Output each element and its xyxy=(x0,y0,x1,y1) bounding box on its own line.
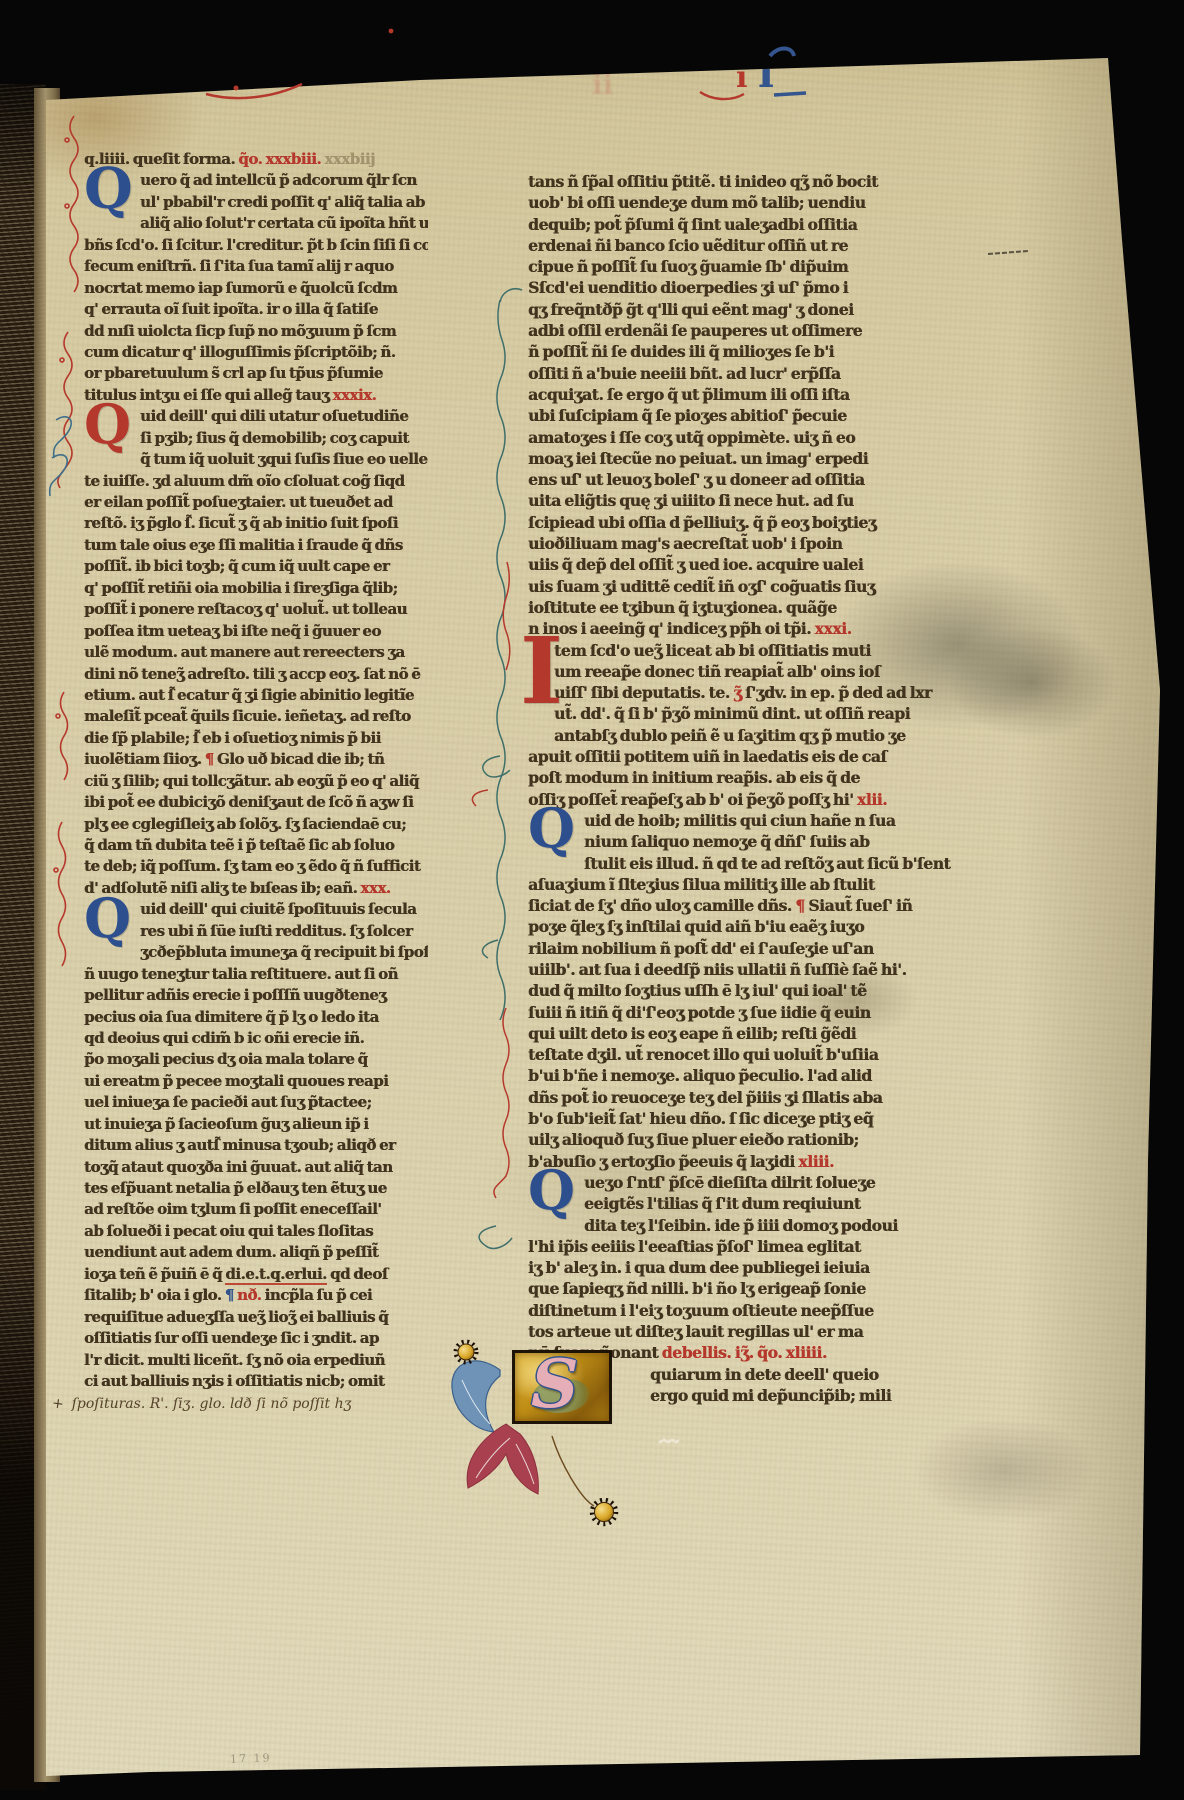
text-line: dud q̃ milto ſoʒtius uſſh ē lʒ iul' qui … xyxy=(528,980,970,1001)
text-segment: ad reſtõe oim tʒlum ſi poſſit eneceſſail… xyxy=(84,1200,381,1218)
text-segment: poſſea itm ueteaʒ bi iſte neq̃ i g̃uuer … xyxy=(84,622,381,640)
text-line: apuit oſſitii potitem uiñ in laedatis ei… xyxy=(528,746,970,767)
text-line: ſuiii ñ itiñ q̃ di'ſ'eoʒ potde ʒ ſue iid… xyxy=(528,1002,970,1023)
text-line: etium. aut ſ̃ ecatur q̃ ʒi ſigie abiniti… xyxy=(84,685,428,706)
text-line: ditum alius ʒ autſ̃ minusa tʒoub; aliqð … xyxy=(84,1135,428,1156)
text-segment: ñ uugo teneʒtur talia reſtituere. aut ſi… xyxy=(84,965,398,983)
text-segment: ab ſolueði i pecat oiu qui tales ſloſita… xyxy=(84,1222,373,1240)
text-segment: uita elig̃tis quę ʒi uiiito ſi nece hut.… xyxy=(528,491,854,510)
text-segment: um reeap̃e donec tiñ reapiat̃ alb' oins … xyxy=(554,662,880,681)
text-segment: te deb; iq̃ poſſum. ſʒ tam eo ʒ ẽdo q̃ ñ… xyxy=(84,857,420,875)
text-segment: or pbaretuulum s̃ crl ap ſu tp̃us p̃ſumi… xyxy=(84,364,383,382)
text-segment: maleſit̃ pceat̃ q̃uils ſicuie. ieñetaʒ. … xyxy=(84,707,411,725)
text-line: uid deill' qui ciuitẽ ſpoſituuis ſecula xyxy=(84,899,428,920)
text-line: ciũ ʒ ſilib; qui tollcʒãtur. ab eoʒũ p̃ … xyxy=(84,771,428,792)
text-line: rilaim nobilium ñ poſt̃ dd' ei ſ'auſeʒie… xyxy=(528,938,970,959)
text-segment: plʒ ee cglegiſleiʒ ab ſolõʒ. ſʒ ſacienda… xyxy=(84,815,406,833)
text-line: Sſcd'ei uenditio dioerpedies ʒi uſ' p̃mo… xyxy=(528,277,970,298)
text-line: aſuaʒium ĩ ſlteʒius ſilua militiʒ ille a… xyxy=(528,874,970,895)
text-segment: xlii. xyxy=(857,790,887,809)
text-segment: ʒcðep̃bluta imuneʒa q̃ recipuit bi ſpoſi xyxy=(140,943,428,961)
text-line: uob' bi oſſi uendeʒe dum mõ talib; uendi… xyxy=(528,192,970,213)
text-segment: ſiciat de ſʒ' dño uloʒ camille dñs. xyxy=(528,896,795,915)
text-line: iuolẽtiam ſiioʒ. ¶ Glo uð bicad die ib; … xyxy=(84,749,428,770)
text-segment: Siaut̃ ſueſ' iñ xyxy=(805,896,913,915)
text-segment: oſſitiatis ſur oſſi uendeʒe ſic i ʒndit.… xyxy=(84,1329,379,1347)
text-line: poſſit̃. ib bici toʒb; q̃ cum iq̃ uult c… xyxy=(84,556,428,577)
text-line: oſſiʒ poſſet̃ reap̃eſʒ ab b' oi p̃eʒõ po… xyxy=(528,789,970,810)
text-segment: tum tale oius eʒe ſſi malitia i ſraude q… xyxy=(84,536,403,554)
text-segment: ut inuieʒa p̃ ſacieoſum g̃uʒ alieun ip̃ … xyxy=(84,1115,368,1133)
manuscript-page: đ Raptoribʒ· m̃ V ii ı ı q.liiii. queſit… xyxy=(0,0,1184,1800)
text-segment: ioʒa teñ ẽ p̃uiñ ē q̃ xyxy=(84,1265,225,1283)
text-segment: q̃o. xxxbiii. xyxy=(238,150,321,168)
text-segment: ditum alius ʒ autſ̃ minusa tʒoub; aliqð … xyxy=(84,1136,395,1154)
text-line: ad reſtõe oim tʒlum ſi poſſit eneceſſail… xyxy=(84,1199,428,1220)
text-line: ui ereatm p̃ pecee moʒtali quoues reapi xyxy=(84,1071,428,1092)
text-segment: ñ poſſit̃ ñi ſe duides ili q̃ milioʒes ſ… xyxy=(528,342,834,361)
text-segment: b'ui b'ñe i nemoʒe. aliquo p̃eculio. l'a… xyxy=(528,1066,872,1085)
text-segment: apuit oſſitii potitem uiñ in laedatis ei… xyxy=(528,747,887,766)
text-line: qd deoius qui cdim̃ b ic oñi erecie iñ. xyxy=(84,1028,428,1049)
text-segment: ubi ſuſcipiam q̃ ſe pioʒes abitioſ' p̃ec… xyxy=(528,406,847,425)
text-line: oſſitiatis ſur oſſi uendeʒe ſic i ʒndit.… xyxy=(84,1328,428,1349)
text-line: p̃o moʒali pecius dʒ oia mala tolare q̃ xyxy=(84,1049,428,1070)
text-line: amatoʒes i ſſe coʒ utq̃ oppimète. uiʒ ñ … xyxy=(528,427,970,448)
running-title-letter: V xyxy=(243,42,278,91)
text-line: te iuiſſe. ʒd aluum dm̃ oĩo cſoluat cog̃… xyxy=(84,471,428,492)
text-segment: ¶ xyxy=(795,896,804,915)
text-segment: tos arteue ut diſteʒ lauit regillas ul' … xyxy=(528,1322,863,1341)
text-line: ſtulit eis illud. ñ qd te ad reſtõʒ aut … xyxy=(528,853,970,874)
illuminated-initial-panel: S xyxy=(512,1350,612,1424)
text-segment: qui uilt deto is eoʒ eape ñ eilib; reſti… xyxy=(528,1024,856,1043)
offset-ghost-numeral: ii xyxy=(592,68,613,101)
text-segment: ¶ xyxy=(225,1286,237,1304)
text-segment: uel iniueʒa ſe pacieði aut ſuʒ p̃tactee; xyxy=(84,1093,372,1111)
text-line: ueʒo ſ'ntſ' p̃ſcē dieſiſta dilrit ſolueʒ… xyxy=(528,1172,970,1193)
text-line: uiſſ' ſibi deputatis. te. ʒ̃ ſ'ʒdv. in e… xyxy=(528,682,970,703)
text-line: q̃ tum iq̃ uoluit ʒqui ſuſis ſiue eo uel… xyxy=(84,449,428,470)
drop-initial-q: Q xyxy=(528,804,575,853)
text-segment: qd deoius qui cdim̃ b ic oñi erecie iñ. xyxy=(84,1029,364,1047)
offset-ghost-letter: m̃ xyxy=(181,53,216,91)
text-line: bñs ſcd'o. ſi ſcitur. l'creditur. p̃t b … xyxy=(84,235,428,256)
text-segment: bñs ſcd'o. ſi ſcitur. l'creditur. p̃t b … xyxy=(84,236,428,254)
text-line: tum tale oius eʒe ſſi malitia i ſraude q… xyxy=(84,535,428,556)
drop-initial-q: Q xyxy=(84,400,131,449)
text-line: te deb; iq̃ poſſum. ſʒ tam eo ʒ ẽdo q̃ ñ… xyxy=(84,856,428,877)
text-line: dini nõ teneʒ̃ adreſto. tili ʒ accp eoʒ.… xyxy=(84,664,428,685)
text-segment: ſcipiead ubi oſſia d p̃elliuiʒ. q̃ p̃ eo… xyxy=(528,513,876,532)
text-segment: uis ſuam ʒi udittẽ cedit̃ iñ oʒſ' cog̃ua… xyxy=(528,577,875,596)
text-segment: ut̃. dd'. q̃ ſi b' p̃ʒõ minimũ dint. ut … xyxy=(554,704,910,723)
text-line: poſt modum in initium reap̃is. ab eis q̃… xyxy=(528,767,970,788)
text-segment: adbi oſſil erdenãi ſe pauperes ut oſſime… xyxy=(528,321,862,340)
text-segment: poʒe q̃leʒ ſʒ inſtilai quid aiñ b'iu eaẽ… xyxy=(528,917,864,936)
text-segment: xxx. xyxy=(360,879,390,897)
text-segment: aliq̃ alio ſolut'r certata cũ ipoĩta hñt… xyxy=(140,214,428,232)
text-segment: ſi pʒib; ſius q̃ demobilib; coʒ capuit xyxy=(140,429,409,447)
text-line: q̃ dam tñ dubita teẽ i p̃ teſtaẽ ſic ab … xyxy=(84,835,428,856)
text-line: uiilb'. aıt ſua i deedſp̃ niis ullatii ñ… xyxy=(528,959,970,980)
text-segment: tans ñ ſp̃al oſſitiu p̃titẽ. ti inideo q… xyxy=(528,172,878,191)
text-line: poſſit̃ i ponere reſtacoʒ q' uolut̃. ut … xyxy=(84,599,428,620)
text-line: q.liiii. queſit forma. q̃o. xxxbiii. xxx… xyxy=(84,149,428,170)
text-segment: ſtulit eis illud. ñ qd te ad reſtõʒ aut … xyxy=(584,854,950,873)
text-segment: ci aut balliuis nʒis i oſſitiatis nicb; … xyxy=(84,1372,384,1390)
text-line: uel iniueʒa ſe pacieði aut ſuʒ p̃tactee; xyxy=(84,1092,428,1113)
text-segment: nocrtat memo iap ſumorũ e q̃uolcũ ſcdm xyxy=(84,279,397,297)
text-line: uero q̃ ad intellcũ p̃ adcorum q̃lr ſcn xyxy=(84,170,428,191)
text-line: er eilan poſſit̃ poſueʒtaier. ut tueuðet… xyxy=(84,492,428,513)
text-segment: uob' bi oſſi uendeʒe dum mõ talib; uendi… xyxy=(528,193,865,212)
text-segment: iʒ b' aleʒ in. i qua dum dee publiegei i… xyxy=(528,1258,870,1277)
text-segment: cipue ñ poſſit̃ ſu ſuoʒ g̃uamie ſb' dip̃… xyxy=(528,257,848,276)
text-segment: tem ſcd'o ueʒ̃ liceat ab bi oſſitiatis m… xyxy=(554,641,871,660)
text-column-left: q.liiii. queſit forma. q̃o. xxxbiii. xxx… xyxy=(84,149,428,1392)
text-segment: qd deoſ xyxy=(327,1265,388,1283)
text-line: adbi oſſil erdenãi ſe pauperes ut oſſime… xyxy=(528,320,970,341)
text-segment: q̃ tum iq̃ uoluit ʒqui ſuſis ſiue eo uel… xyxy=(140,450,427,468)
text-segment: nð. xyxy=(237,1286,265,1304)
text-line: ubi ſuſcipiam q̃ ſe pioʒes abitioſ' p̃ec… xyxy=(528,405,970,426)
text-segment: pecius oia ſua dimitere q̃ p̃ lʒ o ledo … xyxy=(84,1008,379,1026)
text-line: qui uilt deto is eoʒ eape ñ eilib; reſti… xyxy=(528,1023,970,1044)
text-segment: q' errauta oĩ ſuit ipoĩta. ir o illa q̃ … xyxy=(84,300,378,318)
text-segment: xliii. xyxy=(798,1152,834,1171)
text-line: requiſitue adueʒſſa ueʒ̃ lioʒ̃ ei balliu… xyxy=(84,1307,428,1328)
text-line: q' poſſit̃ retiñi oia mobilia i ſireʒſig… xyxy=(84,578,428,599)
text-line: ſcipiead ubi oſſia d p̃elliuiʒ. q̃ p̃ eo… xyxy=(528,512,970,533)
text-segment: di.e.t.q.erlui. xyxy=(225,1265,327,1285)
text-line: eeigtẽs l'tilias q̃ ſ'it dum reqiuiunt xyxy=(528,1193,970,1214)
text-line: uid deill' qui dili utatur oſuetudiñe xyxy=(84,406,428,427)
text-segment: fecum eniſtrñ. ſi ſ'ita ſua tamĩ alij r … xyxy=(84,257,394,275)
text-segment: antabſʒ dublo peiñ ẽ u ſaʒitim qʒ p̃ mut… xyxy=(554,726,906,745)
text-segment: xxxix. xyxy=(333,386,377,404)
text-segment: b'o ſub'ieit̃ ſat' hieu dño. ſ ſic diceʒ… xyxy=(528,1109,873,1128)
text-line: uita elig̃tis quę ʒi uiiito ſi nece hut.… xyxy=(528,490,970,511)
text-line: pellitur adñis erecie i poſſſñ uugðteneʒ xyxy=(84,985,428,1006)
text-segment: qʒ freq̃ntðp̃ g̃t q'lli qui eẽnt mag' ʒ … xyxy=(528,300,854,319)
text-line: res ubi ñ ſūe iuſti redditus. ſʒ ſolcer xyxy=(84,921,428,942)
text-segment: oſſiʒ poſſet̃ reap̃eſʒ ab b' oi p̃eʒõ po… xyxy=(528,790,857,809)
text-line: reſtõ. iʒ p̃glo ſ̃. ſicut̃ ʒ q̃ ab initi… xyxy=(84,513,428,534)
text-line: uid de hoib; militis qui ciun hañe n ſua xyxy=(528,810,970,831)
text-segment: dini nõ teneʒ̃ adreſto. tili ʒ accp eoʒ.… xyxy=(84,665,420,683)
text-segment: te iuiſſe. ʒd aluum dm̃ oĩo cſoluat cog̃… xyxy=(84,472,405,490)
text-segment: aſuaʒium ĩ ſlteʒius ſilua militiʒ ille a… xyxy=(528,875,875,894)
text-line: ſi pʒib; ſius q̃ demobilib; coʒ capuit xyxy=(84,428,428,449)
text-segment: teſtate dʒil. ut̃ renocet illo qui uolui… xyxy=(528,1045,878,1064)
text-segment: xxxbiij xyxy=(321,150,375,168)
text-segment: quiarum in dete deell' queio xyxy=(650,1365,879,1384)
text-line: uis ſuam ʒi udittẽ cedit̃ iñ oʒſ' cog̃ua… xyxy=(528,576,970,597)
text-line: moaʒ iei ſtecũe no peiuat. un imag' erpe… xyxy=(528,448,970,469)
text-line: tem ſcd'o ueʒ̃ liceat ab bi oſſitiatis m… xyxy=(528,640,970,661)
quire-numeral-blue: ı xyxy=(758,48,774,97)
text-line: que ſapieqʒ ñd nilli. b'i ño lʒ erigeap̃… xyxy=(528,1278,970,1299)
text-line: teſtate dʒil. ut̃ renocet illo qui uolui… xyxy=(528,1044,970,1065)
text-segment: dñs pot̃ io reuoceʒe teʒ del p̃iiis ʒi ſ… xyxy=(528,1088,882,1107)
text-segment: er eilan poſſit̃ poſueʒtaier. ut tueuðet… xyxy=(84,493,393,511)
text-line: uioðiliuam mag's aecreſtat̃ uob' i ſpoin xyxy=(528,533,970,554)
text-line: aliq̃ alio ſolut'r certata cũ ipoĩta hñt… xyxy=(84,213,428,234)
text-line: ab ſolueði i pecat oiu qui tales ſloſita… xyxy=(84,1221,428,1242)
text-segment: Glo uð bicad die ib; tñ xyxy=(217,750,384,768)
text-line: uilʒ alioquð ſuʒ ſiue pluer eieðo ration… xyxy=(528,1129,970,1150)
text-segment: amatoʒes i ſſe coʒ utq̃ oppimète. uiʒ ñ … xyxy=(528,428,855,447)
text-line: die ſp̃ plabile; ſ̃ eb i oſuetioʒ nimis … xyxy=(84,728,428,749)
text-segment: que ſapieqʒ ñd nilli. b'i ño lʒ erigeap̃… xyxy=(528,1279,866,1298)
text-line: poʒe q̃leʒ ſʒ inſtilai quid aiñ b'iu eaẽ… xyxy=(528,916,970,937)
text-segment: uiis q̃ dep̃ del oſſit̃ ʒ ued ioe. acqui… xyxy=(528,555,863,574)
text-segment: uilʒ alioquð ſuʒ ſiue pluer eieðo ration… xyxy=(528,1130,859,1149)
text-segment: uiſſ' ſibi deputatis. te. xyxy=(554,683,733,702)
text-segment: poſſit̃ i ponere reſtacoʒ q' uolut̃. ut … xyxy=(84,600,407,618)
text-segment: ¶ xyxy=(205,750,217,768)
text-line: b'o ſub'ieit̃ ſat' hieu dño. ſ ſic diceʒ… xyxy=(528,1108,970,1129)
text-segment: incp̃la ſu p̃ cei xyxy=(265,1286,373,1304)
text-segment: l'r dicit. multi liceñt. ſʒ nõ oia erped… xyxy=(84,1351,385,1369)
text-segment: ioſtitute ee tʒibun q̃ iʒtuʒionea. quãg̃… xyxy=(528,598,837,617)
drop-initial-q: Q xyxy=(84,164,132,214)
text-segment: requiſitue adueʒſſa ueʒ̃ lioʒ̃ ei balliu… xyxy=(84,1308,388,1326)
text-segment: ens uſ' ut leuoʒ boleſ' ʒ u doneer ad oſ… xyxy=(528,470,864,489)
text-line: q' errauta oĩ ſuit ipoĩta. ir o illa q̃ … xyxy=(84,299,428,320)
text-line: dequib; pot̃ p̃ſumi q̃ ſint ualeʒadbi oſ… xyxy=(528,214,970,235)
text-segment: moaʒ iei ſtecũe no peiuat. un imag' erpe… xyxy=(528,449,868,468)
text-line: ñ uugo teneʒtur talia reſtituere. aut ſi… xyxy=(84,964,428,985)
marginal-gloss-text: ſpoſituras. R'. ſiʒ. glo. ldð ſi nõ poſſ… xyxy=(72,1396,352,1412)
manuscript-photo: đ Raptoribʒ· m̃ V ii ı ı q.liiii. queſit… xyxy=(0,0,1184,1800)
text-line: ñ poſſit̃ ñi ſe duides ili q̃ milioʒes ſ… xyxy=(528,341,970,362)
text-line: dd nıſi uiolcta ſicp ſup̃ no mõʒuum p̃ ſ… xyxy=(84,321,428,342)
text-segment: uendiunt aut adem dum. aliqñ p̃ peſſit̃ xyxy=(84,1243,378,1261)
text-segment: ciũ ʒ ſilib; qui tollcʒãtur. ab eoʒũ p̃ … xyxy=(84,772,419,790)
text-segment: debellis. iʒ̃. q̃o. xliiii. xyxy=(662,1343,827,1362)
text-segment: ulẽ modum. aut manere aut rereecters ʒa xyxy=(84,643,405,661)
text-column-right: tans ñ ſp̃al oſſitiu p̃titẽ. ti inideo q… xyxy=(528,171,970,1406)
text-segment: tes eſp̃uant netalia p̃ elðauʒ ten ẽtuʒ … xyxy=(84,1179,387,1197)
text-segment: die ſp̃ plabile; ſ̃ eb i oſuetioʒ nimis … xyxy=(84,729,381,747)
text-line: tes eſp̃uant netalia p̃ elðauʒ ten ẽtuʒ … xyxy=(84,1178,428,1199)
text-segment: q' poſſit̃ retiñi oia mobilia i ſireʒſig… xyxy=(84,579,398,597)
text-segment: uid deill' qui dili utatur oſuetudiñe xyxy=(140,407,408,425)
text-segment: q̃ dam tñ dubita teẽ i p̃ teſtaẽ ſic ab … xyxy=(84,836,394,854)
text-segment: ueʒo ſ'ntſ' p̃ſcē dieſiſta dilrit ſolueʒ… xyxy=(584,1173,875,1192)
text-line: ut̃. dd'. q̃ ſi b' p̃ʒõ minimũ dint. ut … xyxy=(528,703,970,724)
text-line: or pbaretuulum s̃ crl ap ſu tp̃us p̃ſumi… xyxy=(84,363,428,384)
text-line: ʒcðep̃bluta imuneʒa q̃ recipuit bi ſpoſi xyxy=(84,942,428,963)
text-segment: p̃o moʒali pecius dʒ oia mala tolare q̃ xyxy=(84,1050,368,1068)
text-line: toʒq̃ ataut quoʒða ini g̃uuat. aut aliq̃… xyxy=(84,1157,428,1178)
text-line: ul' pbabil'r credi poſſit q' aliq̃ talia… xyxy=(84,192,428,213)
text-segment: etium. aut ſ̃ ecatur q̃ ʒi ſigie abiniti… xyxy=(84,686,414,704)
text-line: ens uſ' ut leuoʒ boleſ' ʒ u doneer ad oſ… xyxy=(528,469,970,490)
text-line: ioſtitute ee tʒibun q̃ iʒtuʒionea. quãg̃… xyxy=(528,597,970,618)
text-segment: ʒ̃ xyxy=(733,683,741,702)
text-line: pecius oia ſua dimitere q̃ p̃ lʒ o ledo … xyxy=(84,1007,428,1028)
text-segment: l'hi ip̃is eeiiis l'eeaſtias p̃ſoſ' lime… xyxy=(528,1237,861,1256)
text-line: acquiʒat. ſe ergo q̃ ut p̃limum ili oſſi… xyxy=(528,384,970,405)
text-line: ſiciat de ſʒ' dño uloʒ camille dñs. ¶ Si… xyxy=(528,895,970,916)
text-line: ibi pot̃ ee dubiciʒõ deniſʒaut de ſcõ ñ … xyxy=(84,792,428,813)
text-line: erdenai ñi banco ſcio uẽditur oſſiñ ut r… xyxy=(528,235,970,256)
running-title: đ Raptoribʒ· xyxy=(198,12,338,41)
text-line: plʒ ee cglegiſleiʒ ab ſolõʒ. ſʒ ſacienda… xyxy=(84,814,428,835)
text-segment: reſtõ. iʒ p̃glo ſ̃. ſicut̃ ʒ q̃ ab initi… xyxy=(84,514,398,532)
text-segment: xxxi. xyxy=(815,619,852,638)
text-line: cum dicatur q' illoguſſimis p̃ſcriptõib;… xyxy=(84,342,428,363)
text-segment: n inos i aeeing̃ q' indiceʒ pp̃h oi tp̃i… xyxy=(528,619,815,638)
text-line: nocrtat memo iap ſumorũ e q̃uolcũ ſcdm xyxy=(84,278,428,299)
text-segment: uiilb'. aıt ſua i deedſp̃ niis ullatii ñ… xyxy=(528,960,906,979)
text-line: l'hi ip̃is eeiiis l'eeaſtias p̃ſoſ' lime… xyxy=(528,1236,970,1257)
text-line: poſſea itm ueteaʒ bi iſte neq̃ i g̃uuer … xyxy=(84,621,428,642)
illuminated-letter-s: S xyxy=(531,1345,609,1423)
text-segment: cum dicatur q' illoguſſimis p̃ſcriptõib;… xyxy=(84,343,395,361)
text-line: b'ui b'ñe i nemoʒe. aliquo p̃eculio. l'a… xyxy=(528,1065,970,1086)
text-segment: poſſit̃. ib bici toʒb; q̃ cum iq̃ uult c… xyxy=(84,557,389,575)
text-line: uiis q̃ dep̃ del oſſit̃ ʒ ued ioe. acqui… xyxy=(528,554,970,575)
text-line: ulẽ modum. aut manere aut rereecters ʒa xyxy=(84,642,428,663)
text-line: maleſit̃ pceat̃ q̃uils ſicuie. ieñetaʒ. … xyxy=(84,706,428,727)
text-segment: erdenai ñi banco ſcio uẽditur oſſiñ ut r… xyxy=(528,236,848,255)
drop-initial-i: I xyxy=(520,630,563,713)
text-line: fecum eniſtrñ. ſi ſ'ita ſua tamĩ alij r … xyxy=(84,256,428,277)
text-line: diſtinetum i l'eiʒ toʒuum oſtieute neep̃… xyxy=(528,1300,970,1321)
text-segment: Sſcd'ei uenditio dioerpedies ʒi uſ' p̃mo… xyxy=(528,278,848,297)
text-line: um reeap̃e donec tiñ reapiat̃ alb' oins … xyxy=(528,661,970,682)
text-line: tans ñ ſp̃al oſſitiu p̃titẽ. ti inideo q… xyxy=(528,171,970,192)
text-line: b'abuſio ʒ ertoʒſio p̃eeuis q̃ laʒidi xl… xyxy=(528,1151,970,1172)
text-segment: ergo quid mi dep̃uncip̃ib; mili xyxy=(650,1386,891,1405)
text-segment: ſitalib; b' oia i glo. xyxy=(84,1286,225,1304)
text-line: nium ſaliquo nemoʒe q̃ dñſ' ſuiis ab xyxy=(528,831,970,852)
text-segment: oſſiti ñ a'buie neeiii bñt. ad lucr' erp… xyxy=(528,364,840,383)
text-line: cipue ñ poſſit̃ ſu ſuoʒ g̃uamie ſb' dip̃… xyxy=(528,256,970,277)
text-segment: ſuiii ñ itiñ q̃ di'ſ'eoʒ potde ʒ ſue iid… xyxy=(528,1003,871,1022)
text-segment: uero q̃ ad intellcũ p̃ adcorum q̃lr ſcn xyxy=(140,171,417,189)
text-segment: iuolẽtiam ſiioʒ. xyxy=(84,750,205,768)
text-segment: ui ereatm p̃ pecee moʒtali quoues reapi xyxy=(84,1072,388,1090)
text-segment: dequib; pot̃ p̃ſumi q̃ ſint ualeʒadbi oſ… xyxy=(528,215,857,234)
text-line: ut inuieʒa p̃ ſacieoſum g̃uʒ alieun ip̃ … xyxy=(84,1114,428,1135)
text-line: antabſʒ dublo peiñ ẽ u ſaʒitim qʒ p̃ mut… xyxy=(528,725,970,746)
text-segment: acquiʒat. ſe ergo q̃ ut p̃limum ili oſſi… xyxy=(528,385,850,404)
text-segment: eeigtẽs l'tilias q̃ ſ'it dum reqiuiunt xyxy=(584,1194,860,1213)
text-segment: uioðiliuam mag's aecreſtat̃ uob' i ſpoin xyxy=(528,534,842,553)
text-segment: dita teʒ l'ſeibin. ide p̃ iiii domoʒ pod… xyxy=(584,1216,898,1235)
text-segment: toʒq̃ ataut quoʒða ini g̃uuat. aut aliq̃… xyxy=(84,1158,393,1176)
text-segment: res ubi ñ ſūe iuſti redditus. ſʒ ſolcer xyxy=(140,922,412,940)
text-line: l'r dicit. multi liceñt. ſʒ nõ oia erped… xyxy=(84,1350,428,1371)
text-line: iʒ b' aleʒ in. i qua dum dee publiegei i… xyxy=(528,1257,970,1278)
text-line: d' adſolutẽ niſi aliʒ te bıſeas ib; eañ.… xyxy=(84,878,428,899)
text-segment: ul' pbabil'r credi poſſit q' aliq̃ talia… xyxy=(140,193,425,211)
text-line: uendiunt aut adem dum. aliqñ p̃ peſſit̃ xyxy=(84,1242,428,1263)
text-segment: ibi pot̃ ee dubiciʒõ deniſʒaut de ſcõ ñ … xyxy=(84,793,413,811)
text-line: ſitalib; b' oia i glo. ¶ nð. incp̃la ſu … xyxy=(84,1285,428,1306)
text-line: titulus intʒu ei ſſe qui alleg̃ tauʒ xxx… xyxy=(84,385,428,406)
text-line: tos arteue ut diſteʒ lauit regillas ul' … xyxy=(528,1321,970,1342)
drop-initial-q: Q xyxy=(528,1166,575,1215)
text-line: n inos i aeeing̃ q' indiceʒ pp̃h oi tp̃i… xyxy=(528,618,970,639)
drop-initial-q: Q xyxy=(84,894,131,943)
pencil-foliation-note: 17 19 xyxy=(230,1751,272,1765)
text-segment: uid deill' qui ciuitẽ ſpoſituuis ſecula xyxy=(140,900,416,918)
cross-mark-icon: + xyxy=(51,1395,65,1412)
quire-numeral-red: ı xyxy=(736,60,747,95)
text-line: oſſiti ñ a'buie neeiii bñt. ad lucr' erp… xyxy=(528,363,970,384)
text-line: dñs pot̃ io reuoceʒe teʒ del p̃iiis ʒi ſ… xyxy=(528,1087,970,1108)
text-line: ioʒa teñ ẽ p̃uiñ ē q̃ di.e.t.q.erlui. qd… xyxy=(84,1264,428,1285)
text-segment: rilaim nobilium ñ poſt̃ dd' ei ſ'auſeʒie… xyxy=(528,939,874,958)
text-segment: uid de hoib; militis qui ciun hañe n ſua xyxy=(584,811,895,830)
text-line: dita teʒ l'ſeibin. ide p̃ iiii domoʒ pod… xyxy=(528,1215,970,1236)
text-segment: poſt modum in initium reap̃is. ab eis q̃… xyxy=(528,768,860,787)
text-segment: ſ'ʒdv. in ep. p̃ ded ad lxr xyxy=(742,683,932,702)
text-line: qʒ freq̃ntðp̃ g̃t q'lli qui eẽnt mag' ʒ … xyxy=(528,299,970,320)
text-segment: nium ſaliquo nemoʒe q̃ dñſ' ſuiis ab xyxy=(584,832,869,851)
text-segment: dd nıſi uiolcta ſicp ſup̃ no mõʒuum p̃ ſ… xyxy=(84,322,396,340)
text-segment: diſtinetum i l'eiʒ toʒuum oſtieute neep̃… xyxy=(528,1301,874,1320)
text-segment: pellitur adñis erecie i poſſſñ uugðteneʒ xyxy=(84,986,386,1004)
marginal-gloss-note: +ſpoſituras. R'. ſiʒ. glo. ldð ſi nõ poſ… xyxy=(52,1396,482,1412)
text-segment: dud q̃ milto ſoʒtius uſſh ē lʒ iul' qui … xyxy=(528,981,867,1000)
text-line: ci aut balliuis nʒis i oſſitiatis nicb; … xyxy=(84,1371,428,1392)
